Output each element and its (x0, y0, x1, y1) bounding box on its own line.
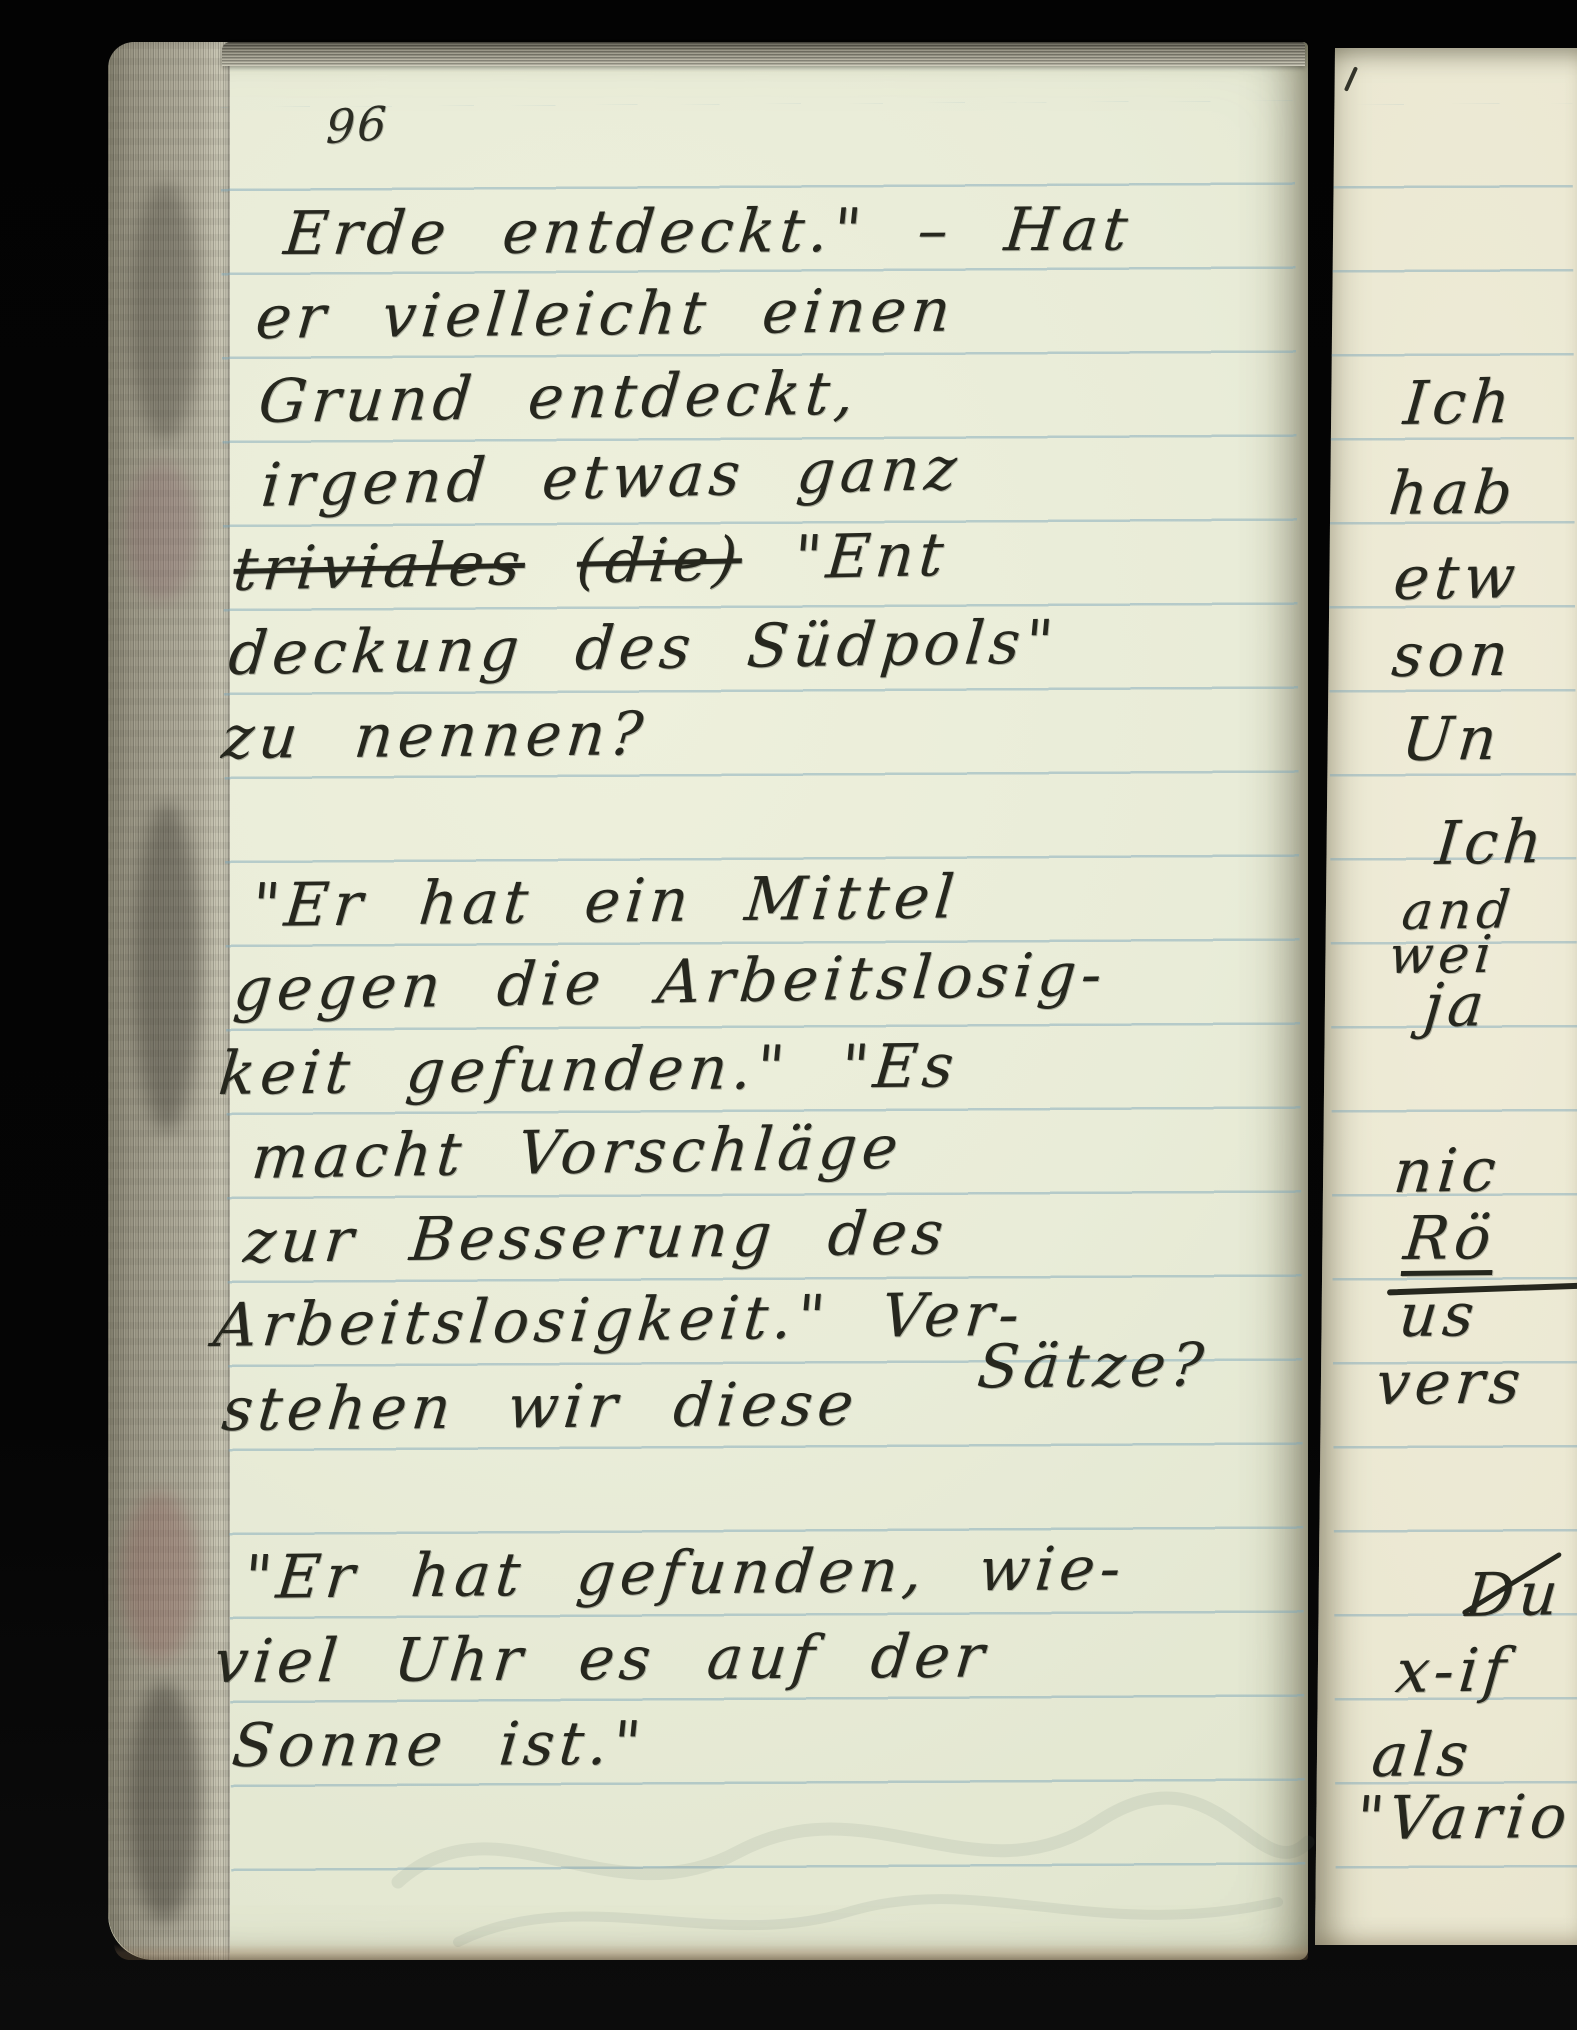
handwriting-fragment: Ich (1400, 358, 1519, 448)
handwriting-line: Arbeitslosigkeit." Ver- (210, 1271, 1028, 1370)
edge-stain (126, 462, 198, 602)
left-page: 96 Erde entdeckt." – Hat er vielleicht e… (108, 42, 1308, 1960)
handwriting-fragment: hab (1385, 449, 1521, 538)
handwriting-line: gegen die Arbeitslosig- (230, 931, 1110, 1034)
handwriting-line: deckung des Südpols" (225, 598, 1062, 698)
handwriting-word: "Ent (791, 520, 951, 593)
notebook-scan-photo: 96 Erde entdeckt." – Hat er vielleicht e… (0, 0, 1577, 2030)
handwriting-fragment: etw (1390, 533, 1524, 623)
struck-word: (die) (574, 524, 745, 598)
page-edge-stack (108, 42, 230, 1960)
edge-stain (130, 182, 200, 442)
right-page: Ich hab etw son Un Ich and wei ja nic Rö… (1315, 48, 1577, 1945)
handwriting-word: stehen wir diese (219, 1369, 862, 1445)
handwriting-fragment: son (1388, 611, 1517, 700)
handwriting-fragment: ja (1420, 961, 1493, 1050)
handwriting-fragment: "Vario (1352, 1773, 1576, 1863)
handwriting-fragment: vers (1372, 1338, 1529, 1428)
handwriting-fragment: x-if (1392, 1626, 1514, 1716)
handwriting-line: macht Vorschläge (248, 1104, 906, 1202)
edge-stain (134, 802, 200, 1132)
pen-tick-mark (1344, 66, 1358, 91)
edge-stain (122, 1492, 198, 1662)
handwriting-line: stehen wir diese Sätze? (218, 1357, 1209, 1454)
handwriting-line: Sonne ist." (228, 1700, 650, 1790)
handwriting-line: triviales (die) "Ent (230, 511, 952, 614)
handwriting-line: er vielleicht einen (252, 267, 959, 362)
handwriting-fragment: Un (1398, 695, 1506, 784)
handwriting-line: Erde entdeckt." – Hat (280, 186, 1137, 278)
raised-word: Sätze? (974, 1330, 1211, 1402)
handwriting-line: zu nennen? (218, 690, 652, 782)
edge-stain (128, 1682, 200, 1922)
handwriting-line: zur Besserung des (240, 1189, 952, 1286)
page-top-edges (222, 42, 1305, 66)
handwriting-line: "Er hat gefunden, wie- (240, 1525, 1129, 1622)
handwriting-line: viel Uhr es auf der (210, 1613, 993, 1706)
page-number: 96 (325, 96, 389, 155)
underlined-fragment: Rö (1400, 1194, 1500, 1283)
struck-word: triviales (231, 529, 528, 605)
